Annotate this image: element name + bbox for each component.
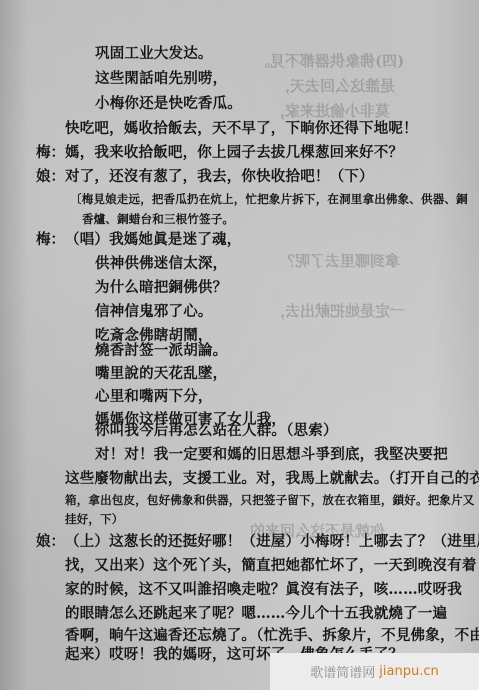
stage-direction: 箱，拿出包皮，包好佛象和供器，只把签子留下，放在衣箱里，鎖好。把象片又 xyxy=(65,492,475,508)
sung-line: 燒香討签一派胡論。 xyxy=(95,339,227,360)
speaker-label: 梅： xyxy=(36,141,65,162)
bleed-through-text: 一定是她把献出去， xyxy=(270,300,405,321)
dialogue-line: 对了，还沒有葱了，我去，你快收拾吧！（下） xyxy=(65,165,374,186)
stage-direction: 挂好，下） xyxy=(65,511,124,527)
sung-line: （唱）我媽她眞是迷了魂， xyxy=(65,228,241,249)
watermark: 歌谱简谱网 jianpu.cn xyxy=(270,653,479,690)
dialogue-line: 媽，我来收拾飯吧，你上园子去拔几棵葱回来好不？ xyxy=(65,141,403,162)
script-line: 小梅你还是快吃香瓜。 xyxy=(95,92,242,113)
bleed-through-text: (四)佛象供器都不見。 xyxy=(255,50,404,71)
watermark-domain: jianpu.cn xyxy=(379,664,438,679)
bleed-through-text: 是誰这么回去天， xyxy=(275,75,395,96)
scanned-page: (四)佛象供器都不見。 是誰这么回去天， 莫非小偷进来家， 拿到哪里去了呢？ 一… xyxy=(0,0,479,690)
dialogue-line: 这些廢物献出去，支援工业。对，我馬上就献去。（打开自己的衣 xyxy=(65,467,479,488)
sung-line: 心里和嘴两下分， xyxy=(95,385,213,406)
script-line: 巩固工业大发达。 xyxy=(95,42,213,63)
sung-line: 信神信鬼邪了心。 xyxy=(95,300,213,321)
stage-direction: 香爐、銅蜡台和三根竹签子。 xyxy=(82,211,234,227)
speaker-label: 娘： xyxy=(36,530,65,551)
watermark-site-name: 歌谱简谱网 xyxy=(310,662,375,681)
script-line: 快吃吧，媽收拾飯去，天不早了，下晌你还得下地呢！ xyxy=(65,117,418,138)
sung-line: 你叫我今后再怎么站在人群。（思索） xyxy=(95,419,338,440)
dialogue-line: 的眼睛怎么还跳起来了呢？嗯……今儿个十五我就燒了一遍 xyxy=(65,602,447,623)
script-line: 这些閑話咱先别唠， xyxy=(95,67,227,88)
dialogue-line: 家的时候，这不又叫誰招喚走啦？眞沒有法子，咳……哎呀我 xyxy=(65,578,462,599)
dialogue-line: （上）这葱长的还挺好哪！（进屋）小梅呀！上哪去了？（进里屋 xyxy=(65,530,479,551)
speaker-label: 娘： xyxy=(36,165,65,186)
speaker-label: 梅： xyxy=(36,228,65,249)
sung-line: 嘴里說的天花乱墜， xyxy=(95,362,227,383)
dialogue-line: 香啊，晌午这遍香还忘燒了。（忙洗手、拆象片，不見佛象，不由大驚 xyxy=(65,624,479,645)
sung-line: 供神供佛迷信太深， xyxy=(95,252,227,273)
bleed-through-text: 拿到哪里去了呢？ xyxy=(280,250,400,271)
sung-line: 为什么暗把銅佛供？ xyxy=(95,276,227,297)
stage-direction: 〔梅見娘走远，把香瓜扔在炕上，忙把象片拆下，在洞里拿出佛象、供器、銅 xyxy=(70,191,468,207)
dialogue-line: 对！对！我一定要和媽的旧思想斗爭到底，我堅决要把 xyxy=(95,443,448,464)
dialogue-line: 找，又出来）这个死丫头，簡直把她都忙坏了，一天到晚沒有着 xyxy=(65,554,477,575)
